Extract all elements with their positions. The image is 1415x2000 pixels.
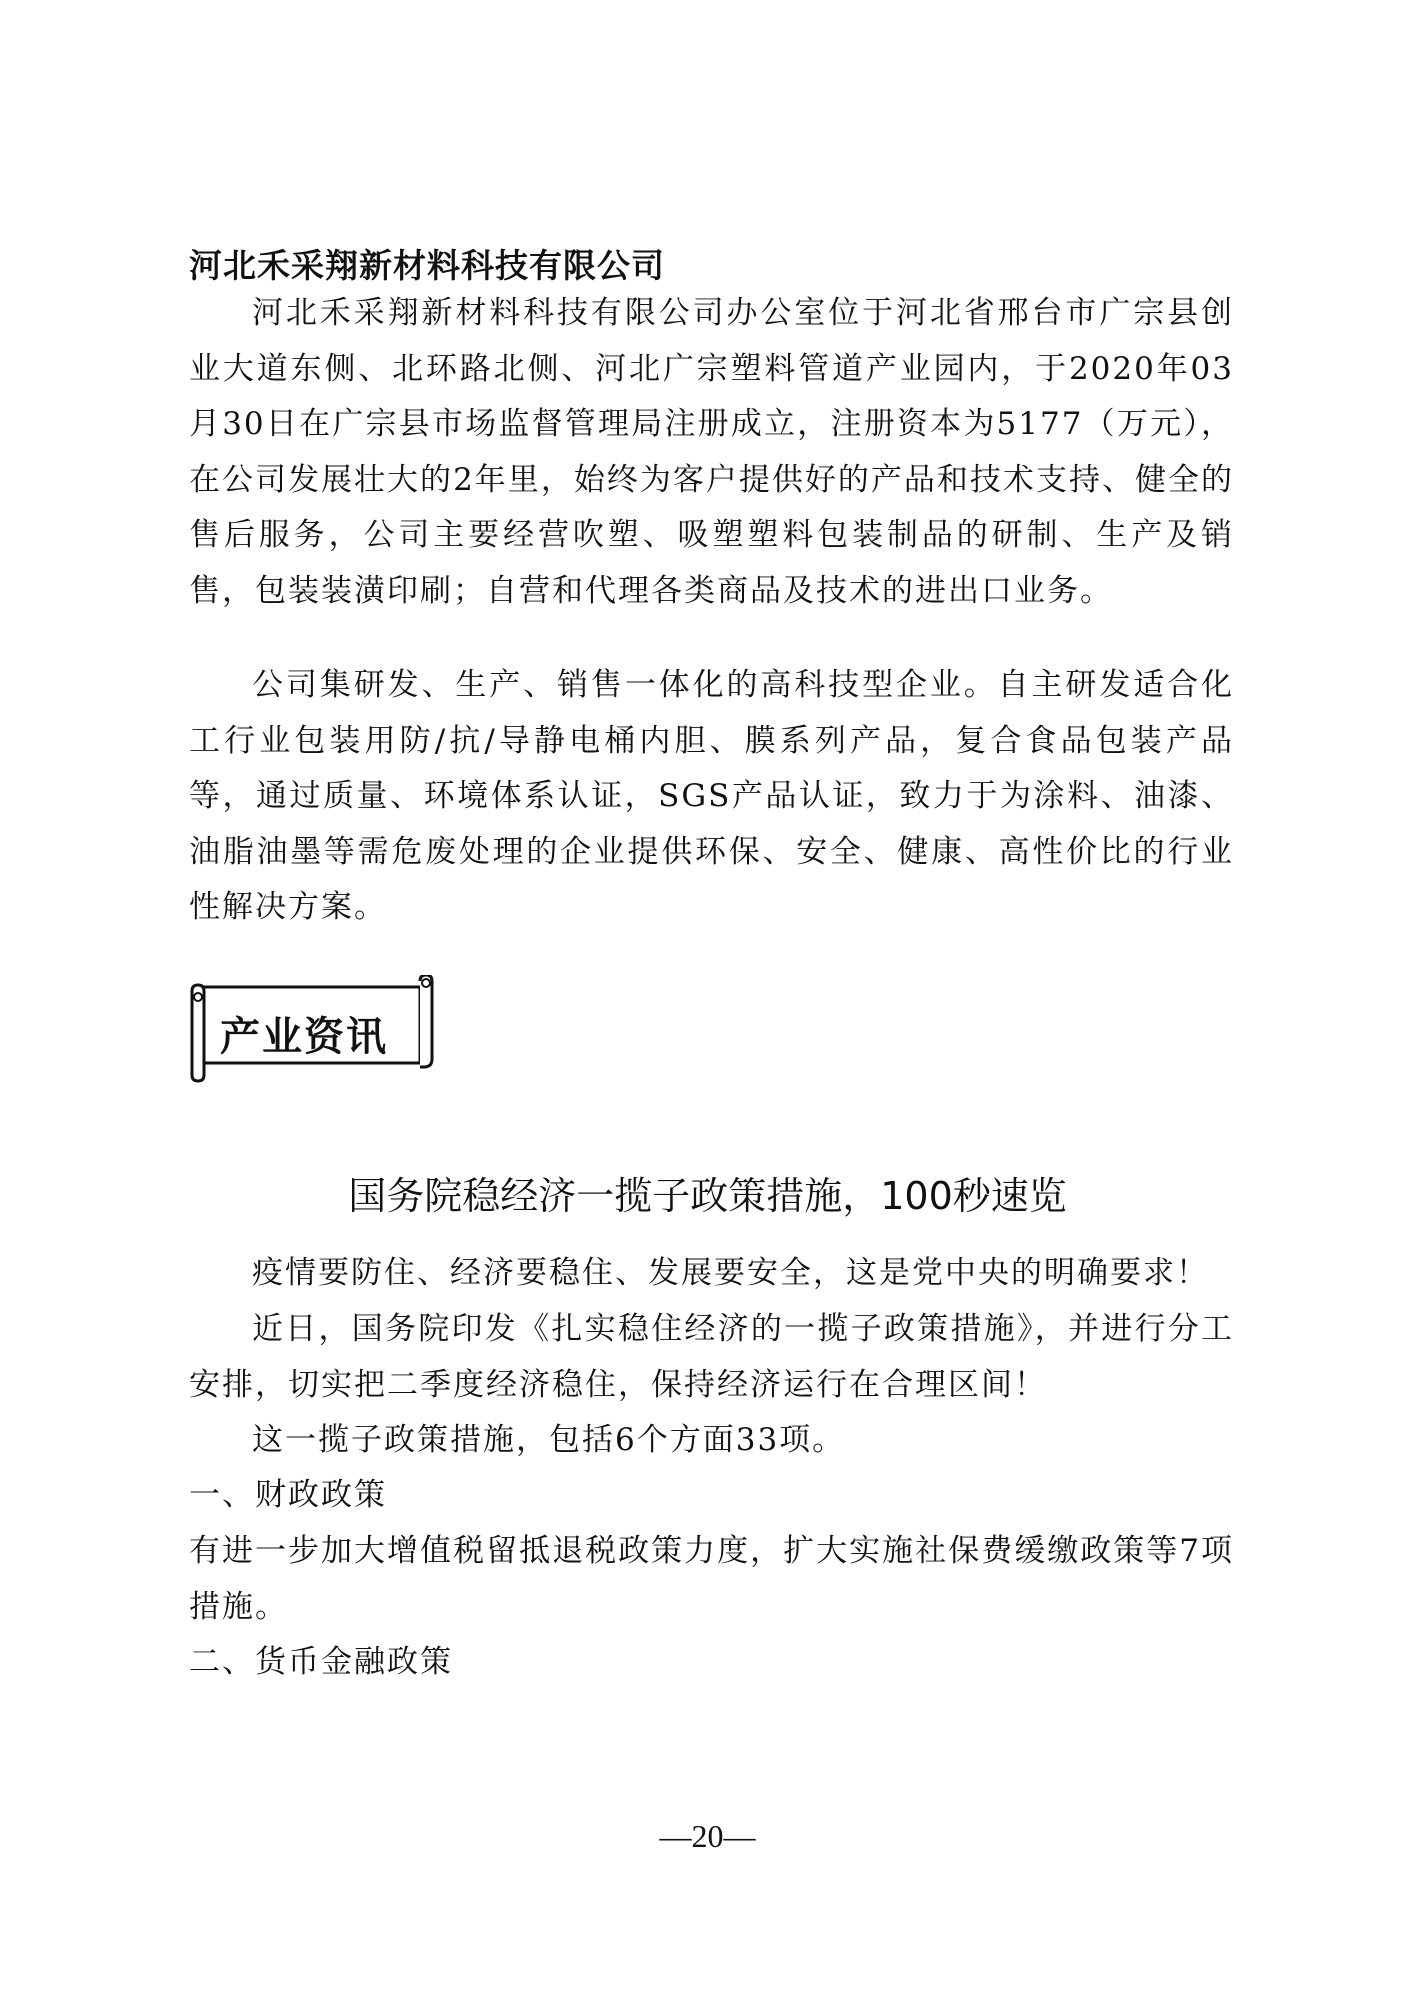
article-line-1: 疫情要防住、经济要稳住、发展要安全，这是党中央的明确要求！ [189,1246,1234,1302]
article-heading-monetary: 二、货币金融政策 [189,1635,1234,1691]
banner-label: 产业资讯 [220,1005,388,1062]
article-line-3: 这一揽子政策措施，包括6个方面33项。 [189,1413,1234,1469]
article-line-2: 近日，国务院印发《扎实稳住经济的一揽子政策措施》，并进行分工安排，切实把二季度经… [189,1302,1234,1413]
page-number: —20— [0,1818,1415,1855]
article-title: 国务院稳经济一揽子政策措施，100秒速览 [0,1165,1415,1220]
article-heading-fiscal: 一、财政政策 [189,1468,1234,1524]
section-banner: 产业资讯 [184,975,434,1085]
company-paragraph-2: 公司集研发、生产、销售一体化的高科技型企业。自主研发适合化工行业包装用防/抗/导… [189,658,1234,936]
document-page: 河北禾采翔新材料科技有限公司 河北禾采翔新材料科技有限公司办公室位于河北省邢台市… [0,0,1415,2000]
article-line-fiscal-detail: 有进一步加大增值税留抵退税政策力度，扩大实施社保费缓缴政策等7项措施。 [189,1524,1234,1635]
company-section-title: 河北禾采翔新材料科技有限公司 [189,240,665,287]
company-paragraph-1: 河北禾采翔新材料科技有限公司办公室位于河北省邢台市广宗县创业大道东侧、北环路北侧… [189,286,1234,619]
